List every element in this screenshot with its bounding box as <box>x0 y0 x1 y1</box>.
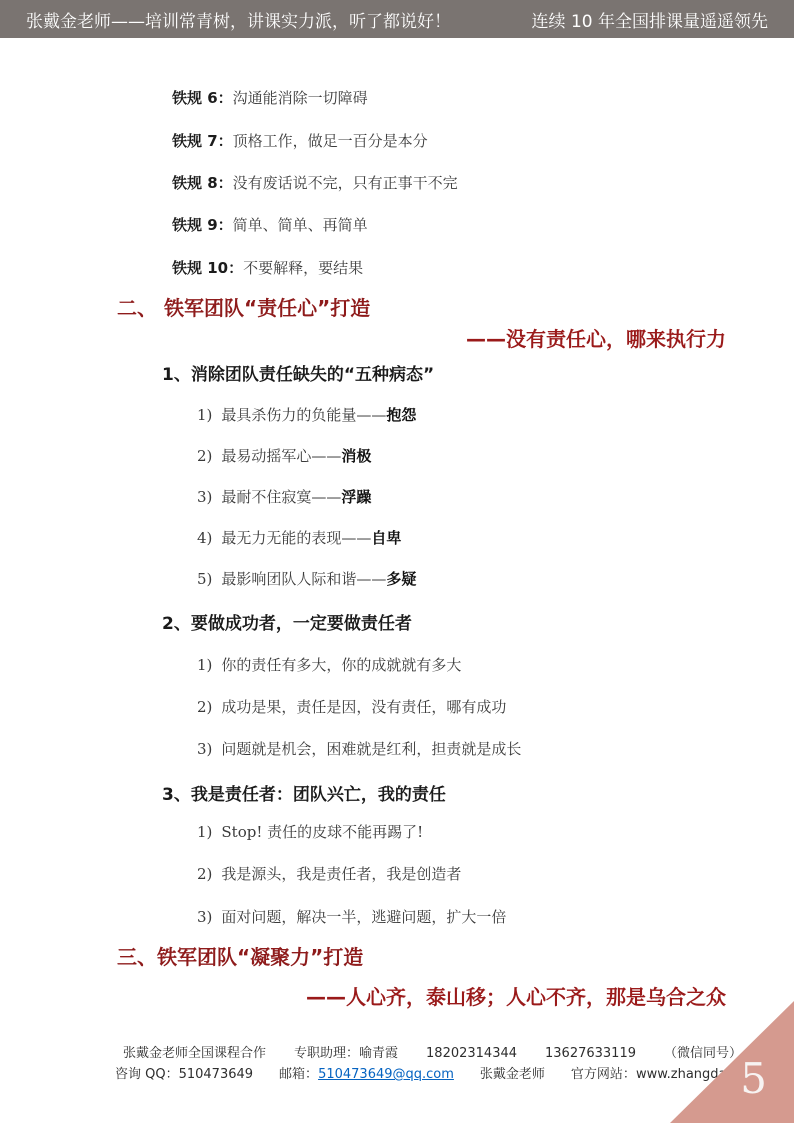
iron-rule-10: 铁规 10：不要解释，要结果 <box>172 257 363 278</box>
list-item-number: 5) <box>197 570 212 588</box>
list-item-number: 2) <box>197 865 212 883</box>
iron-rule-9: 铁规 9：简单、简单、再简单 <box>172 214 368 235</box>
footer-line-2: 咨询 QQ：510473649 邮箱：510473649@qq.com 张戴金老… <box>115 1063 777 1082</box>
list-item-number: 1) <box>197 406 212 424</box>
list-item: 2)最易动摇军心——消极 <box>197 445 371 466</box>
list-item-text: 最具杀伤力的负能量—— <box>221 406 386 424</box>
section2-title: 二、 铁军团队“责任心”打造 <box>117 292 370 321</box>
list-item-text: Stop! 责任的皮球不能再踢了! <box>221 823 423 841</box>
iron-rule-6-text: 沟通能消除一切障碍 <box>233 89 368 107</box>
footer-phone-1: 18202314344 <box>426 1046 517 1061</box>
iron-rule-8-text: 没有废话说不完，只有正事干不完 <box>233 174 458 192</box>
section2-sub1-title: 1、消除团队责任缺失的“五种病态” <box>162 360 434 385</box>
list-item: 2)我是源头，我是责任者，我是创造者 <box>197 863 461 884</box>
iron-rule-7: 铁规 7：顶格工作，做足一百分是本分 <box>172 130 428 151</box>
iron-rule-9-label: 铁规 9： <box>172 216 233 234</box>
header-slogan-left: 张戴金老师——培训常青树，讲课实力派，听了都说好！ <box>26 7 451 32</box>
list-item-number: 2) <box>197 698 212 716</box>
document-page: 张戴金老师——培训常青树，讲课实力派，听了都说好！ 连续 10 年全国排课量遥遥… <box>0 0 794 1123</box>
iron-rule-8: 铁规 8：没有废话说不完，只有正事干不完 <box>172 172 458 193</box>
list-item-keyword: 消极 <box>341 447 371 465</box>
list-item: 1)最具杀伤力的负能量——抱怨 <box>197 404 416 425</box>
list-item: 3)问题就是机会，困难就是红利，担责就是成长 <box>197 738 521 759</box>
section2-sub2-title: 2、要做成功者，一定要做责任者 <box>162 609 412 634</box>
iron-rule-7-label: 铁规 7： <box>172 132 233 150</box>
list-item-text: 最易动摇军心—— <box>221 447 341 465</box>
list-item-number: 3) <box>197 740 212 758</box>
list-item: 2)成功是果，责任是因，没有责任，哪有成功 <box>197 696 506 717</box>
list-item-text: 问题就是机会，困难就是红利，担责就是成长 <box>221 740 521 758</box>
list-item-number: 2) <box>197 447 212 465</box>
list-item: 1)Stop! 责任的皮球不能再踢了! <box>197 821 423 842</box>
list-item: 1)你的责任有多大，你的成就就有多大 <box>197 654 461 675</box>
section3-title: 三、铁军团队“凝聚力”打造 <box>117 941 363 970</box>
list-item-number: 1) <box>197 823 212 841</box>
list-item-keyword: 自卑 <box>371 529 401 547</box>
list-item-text: 成功是果，责任是因，没有责任，哪有成功 <box>221 698 506 716</box>
footer-teacher-name: 张戴金老师 <box>480 1063 545 1082</box>
list-item-number: 3) <box>197 488 212 506</box>
list-item-number: 1) <box>197 656 212 674</box>
section3-subtitle: ——人心齐，泰山移；人心不齐，那是乌合之众 <box>306 981 726 1010</box>
page-number: 5 <box>740 1058 767 1100</box>
list-item-keyword: 浮躁 <box>341 488 371 506</box>
iron-rule-10-label: 铁规 10： <box>172 259 243 277</box>
header-slogan-right: 连续 10 年全国排课量遥遥领先 <box>532 7 768 32</box>
iron-rule-7-text: 顶格工作，做足一百分是本分 <box>233 132 428 150</box>
list-item-text: 我是源头，我是责任者，我是创造者 <box>221 865 461 883</box>
iron-rule-10-text: 不要解释，要结果 <box>243 259 363 277</box>
footer-wechat-note: （微信同号） <box>664 1042 742 1061</box>
footer-qq: 咨询 QQ：510473649 <box>115 1063 253 1082</box>
list-item-number: 3) <box>197 908 212 926</box>
footer-email-group: 邮箱：510473649@qq.com <box>279 1063 454 1082</box>
list-item-text: 最影响团队人际和谐—— <box>221 570 386 588</box>
section2-subtitle: ——没有责任心，哪来执行力 <box>466 323 726 352</box>
list-item: 4)最无力无能的表现——自卑 <box>197 527 401 548</box>
iron-rule-6: 铁规 6：沟通能消除一切障碍 <box>172 87 368 108</box>
header-banner: 张戴金老师——培训常青树，讲课实力派，听了都说好！ 连续 10 年全国排课量遥遥… <box>0 0 794 38</box>
footer-cooperation: 张戴金老师全国课程合作 <box>123 1042 266 1061</box>
footer-email-link[interactable]: 510473649@qq.com <box>318 1067 454 1082</box>
footer-assistant: 专职助理：喻青霞 <box>294 1042 398 1061</box>
list-item-keyword: 抱怨 <box>386 406 416 424</box>
list-item: 5)最影响团队人际和谐——多疑 <box>197 568 416 589</box>
list-item-text: 最无力无能的表现—— <box>221 529 371 547</box>
footer-line-1: 张戴金老师全国课程合作 专职助理：喻青霞 18202314344 1362763… <box>123 1042 742 1061</box>
list-item-keyword: 多疑 <box>386 570 416 588</box>
section2-sub3-title: 3、我是责任者：团队兴亡，我的责任 <box>162 780 446 805</box>
list-item-text: 最耐不住寂寞—— <box>221 488 341 506</box>
footer-phone-2: 13627633119 <box>545 1046 636 1061</box>
corner-triangle-decoration <box>670 1001 794 1123</box>
list-item: 3)面对问题，解决一半，逃避问题，扩大一倍 <box>197 906 506 927</box>
list-item-text: 你的责任有多大，你的成就就有多大 <box>221 656 461 674</box>
list-item: 3)最耐不住寂寞——浮躁 <box>197 486 371 507</box>
iron-rule-6-label: 铁规 6： <box>172 89 233 107</box>
iron-rule-9-text: 简单、简单、再简单 <box>233 216 368 234</box>
footer-email-label: 邮箱： <box>279 1067 318 1082</box>
list-item-number: 4) <box>197 529 212 547</box>
iron-rule-8-label: 铁规 8： <box>172 174 233 192</box>
list-item-text: 面对问题，解决一半，逃避问题，扩大一倍 <box>221 908 506 926</box>
